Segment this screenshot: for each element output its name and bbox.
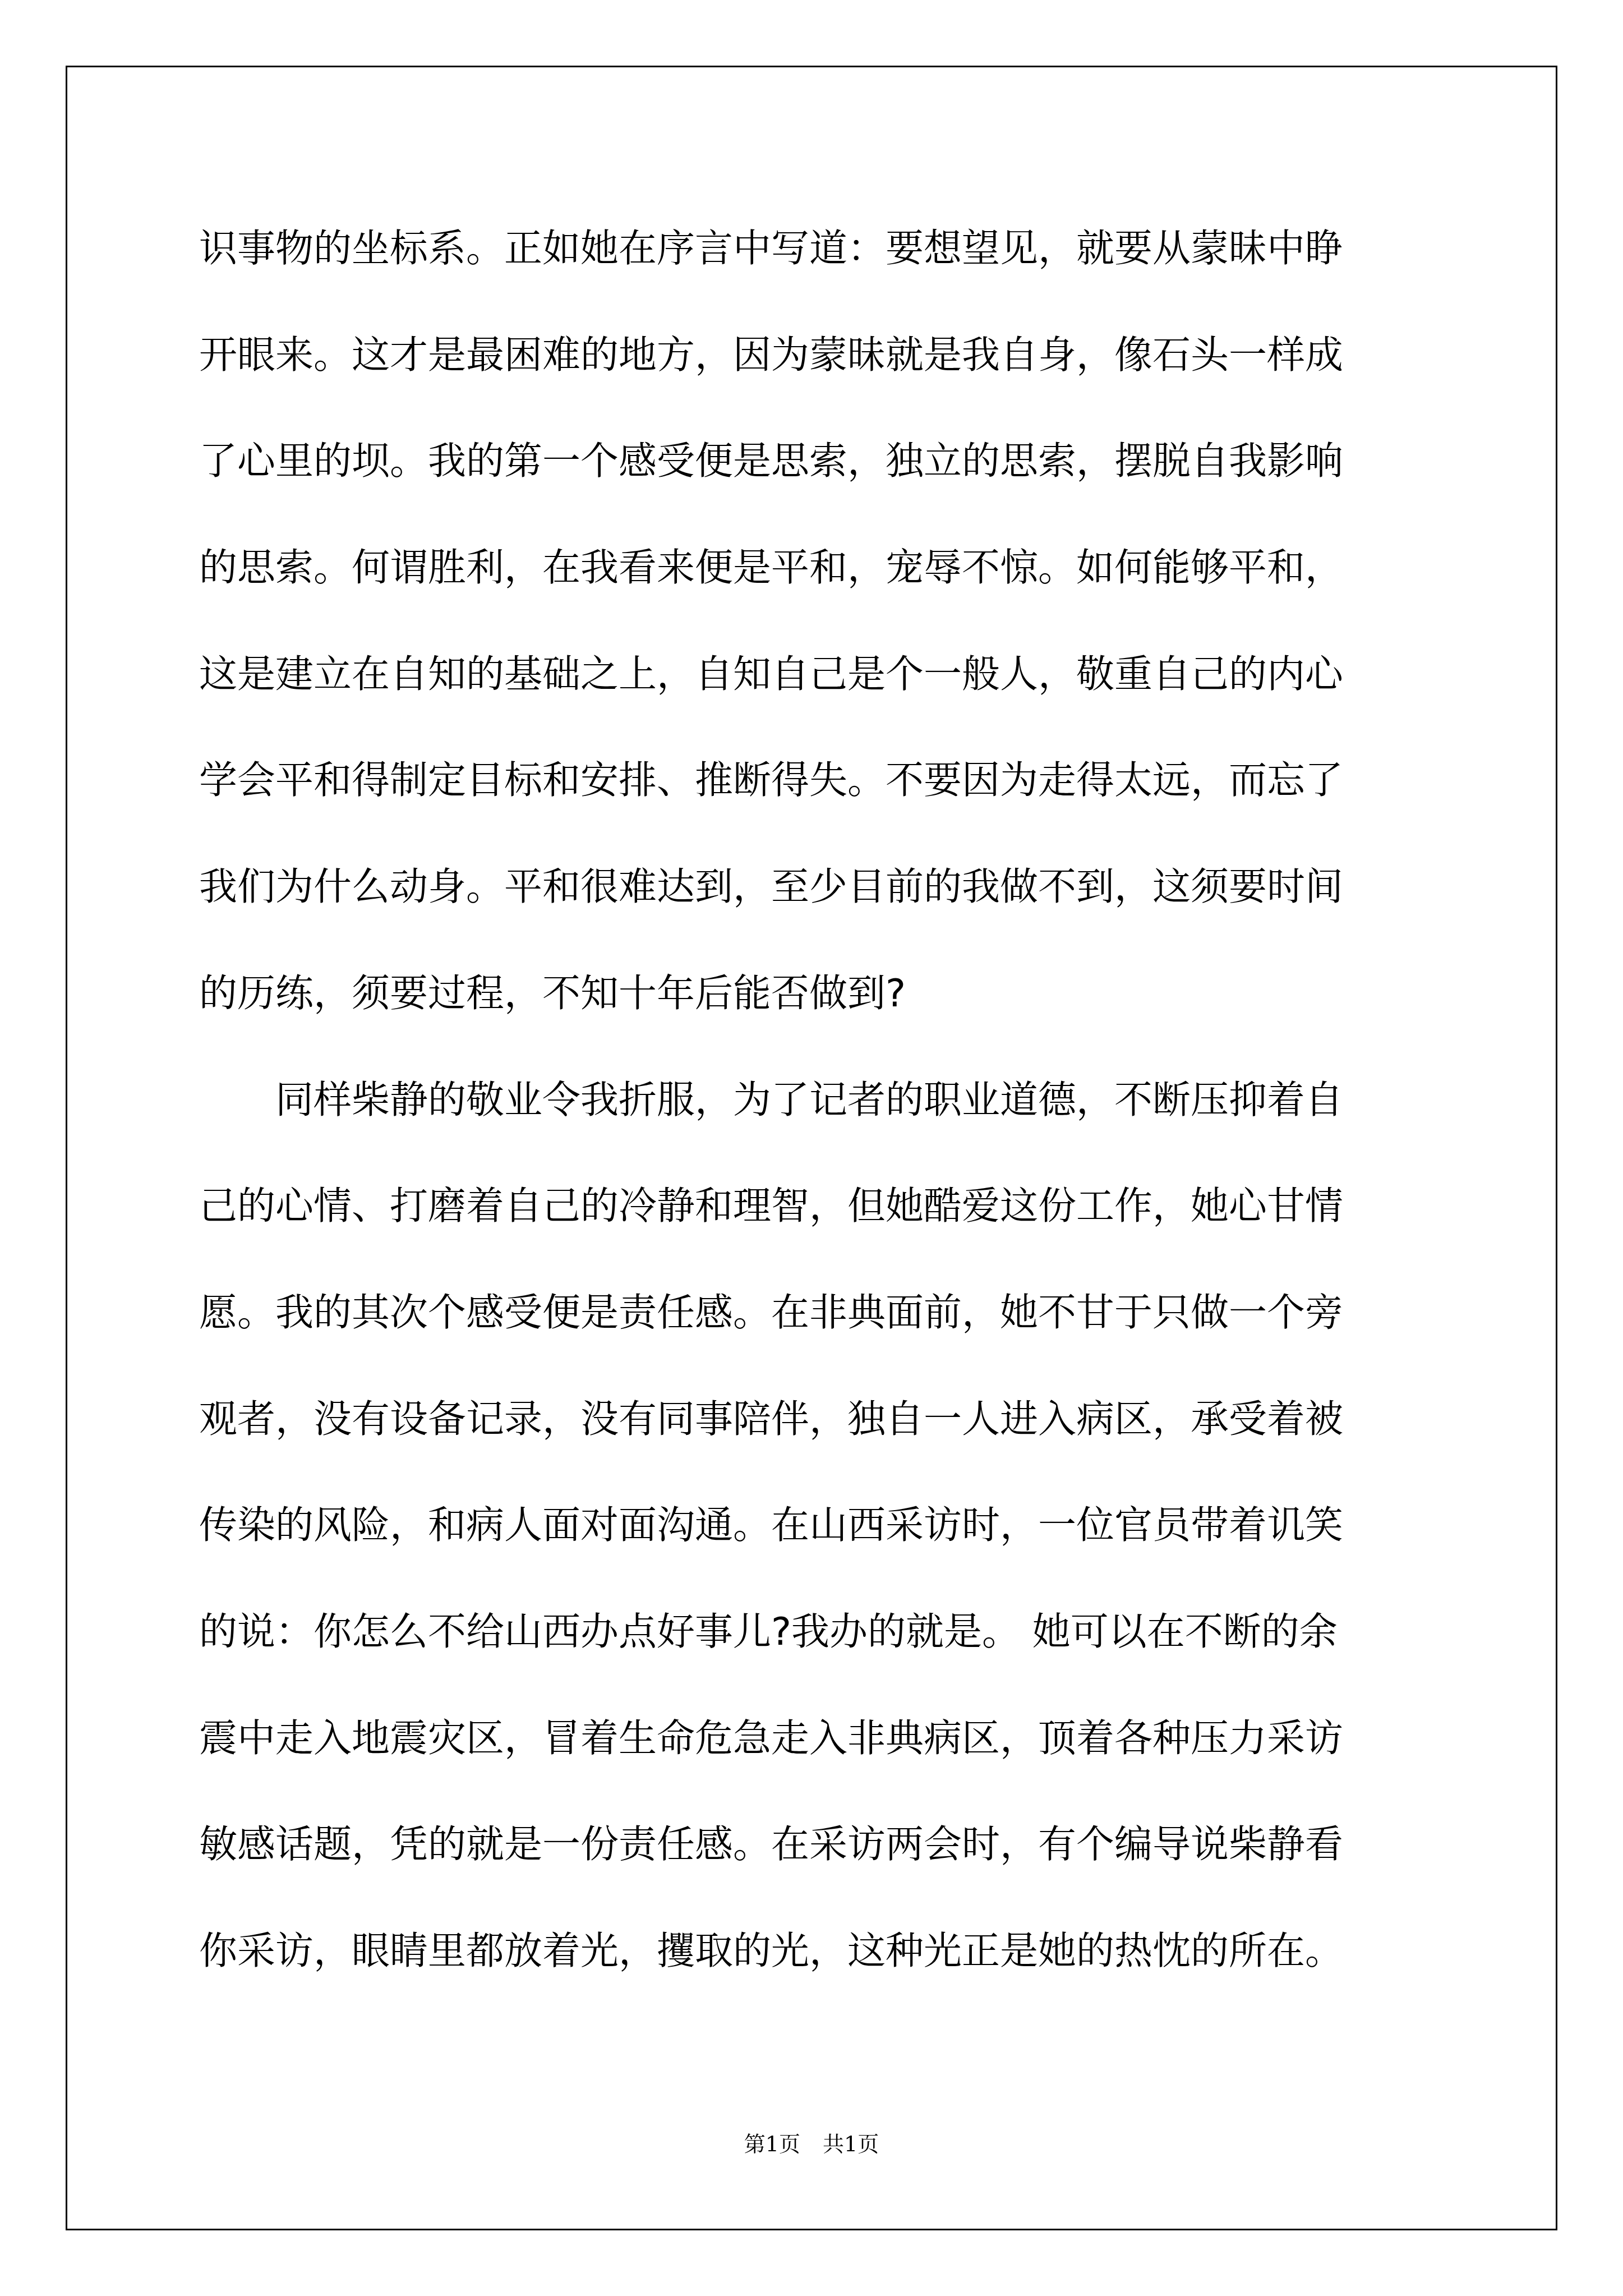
text-line: 这是建立在自知的基础之上，自知自己是个一般人，敬重自己的内心 <box>199 622 1424 728</box>
text-line: 了心里的坝。我的第一个感受便是思索，独立的思索，摆脱自我影响 <box>199 408 1424 515</box>
page-footer: 第1页共1页 <box>0 2129 1623 2159</box>
text-line: 敏感话题，凭的就是一份责任感。在采访两会时，有个编导说柴静看 <box>199 1792 1424 1898</box>
document-body: 识事物的坐标系。正如她在序言中写道：要想望见，就要从蒙昧中睁 开眼来。这才是最困… <box>199 196 1424 2005</box>
text-line: 观者，没有设备记录，没有同事陪伴，独自一人进入病区，承受着被 <box>199 1366 1424 1473</box>
text-line: 你采访，眼睛里都放着光，攫取的光，这种光正是她的热忱的所在。 <box>199 1898 1424 2005</box>
page-number-total: 共1页 <box>823 2129 879 2159</box>
text-line: 识事物的坐标系。正如她在序言中写道：要想望见，就要从蒙昧中睁 <box>199 196 1424 302</box>
text-line: 己的心情、打磨着自己的冷静和理智，但她酷爱这份工作，她心甘情 <box>199 1153 1424 1260</box>
text-line: 的历练，须要过程，不知十年后能否做到? <box>199 941 1424 1047</box>
text-line: 传染的风险，和病人面对面沟通。在山西采访时，一位官员带着讥笑 <box>199 1473 1424 1579</box>
text-line-indented: 同样柴静的敬业令我折服，为了记者的职业道德，不断压抑着自 <box>199 1047 1424 1154</box>
text-line: 愿。我的其次个感受便是责任感。在非典面前，她不甘于只做一个旁 <box>199 1260 1424 1366</box>
text-line: 的思索。何谓胜利，在我看来便是平和，宠辱不惊。如何能够平和， <box>199 515 1424 622</box>
text-line: 开眼来。这才是最困难的地方，因为蒙昧就是我自身，像石头一样成 <box>199 302 1424 409</box>
text-line: 我们为什么动身。平和很难达到，至少目前的我做不到，这须要时间 <box>199 834 1424 941</box>
page-number-current: 第1页 <box>744 2129 800 2159</box>
text-line: 学会平和得制定目标和安排、推断得失。不要因为走得太远，而忘了 <box>199 728 1424 834</box>
text-line: 震中走入地震灾区，冒着生命危急走入非典病区，顶着各种压力采访 <box>199 1686 1424 1792</box>
text-line: 的说：你怎么不给山西办点好事儿?我办的就是。 她可以在不断的余 <box>199 1579 1424 1686</box>
